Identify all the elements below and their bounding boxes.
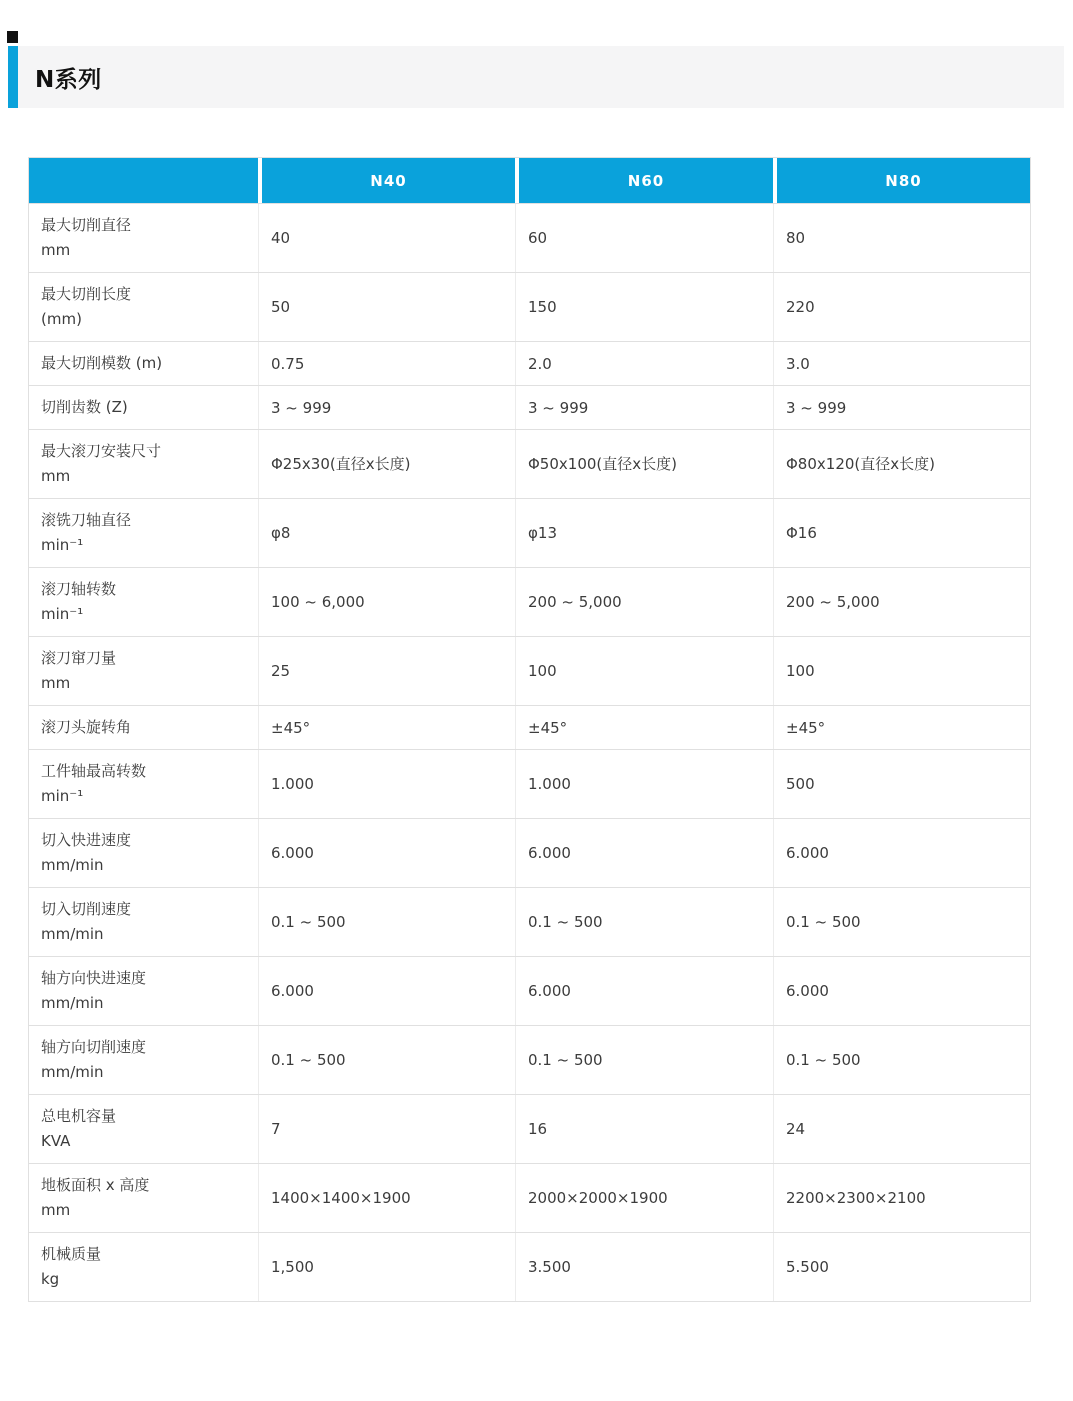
spec-value-cell: 16 [515,1095,773,1163]
spec-value: 2000×2000×1900 [528,1187,765,1209]
table-row: 滚刀轴转数 min⁻¹ 100 ~ 6,000 200 ~ 5,000 200 … [29,567,1030,636]
spec-unit: mm [41,238,250,263]
spec-value: 5.500 [786,1256,1022,1278]
table-row: 滚铣刀轴直径 min⁻¹ φ8 φ13 Φ16 [29,498,1030,567]
spec-label: 最大切削直径 [41,213,250,238]
spec-label-cell: 滚刀窜刀量 mm [29,637,258,705]
spec-value-cell: 100 [515,637,773,705]
spec-value-cell: 0.1 ~ 500 [258,1026,515,1094]
spec-value: 3.500 [528,1256,765,1278]
spec-value-cell: 0.1 ~ 500 [773,888,1030,956]
spec-value: 0.1 ~ 500 [271,911,507,933]
spec-label: 滚刀头旋转角 [41,715,250,740]
spec-value: 220 [786,296,1022,318]
spec-value-cell: ±45° [258,706,515,749]
spec-label-cell: 切入快进速度 mm/min [29,819,258,887]
spec-value: Φ50x100(直径x长度) [528,453,765,475]
spec-unit: mm/min [41,853,250,878]
table-row: 轴方向切削速度 mm/min 0.1 ~ 500 0.1 ~ 500 0.1 ~… [29,1025,1030,1094]
spec-value-cell: 200 ~ 5,000 [515,568,773,636]
spec-label-cell: 最大滚刀安装尺寸 mm [29,430,258,498]
spec-value: 3 ~ 999 [271,397,507,419]
spec-value: 200 ~ 5,000 [528,591,765,613]
spec-label-cell: 轴方向快进速度 mm/min [29,957,258,1025]
spec-value-cell: 1.000 [258,750,515,818]
spec-value: 0.1 ~ 500 [528,1049,765,1071]
spec-value: 0.1 ~ 500 [786,1049,1022,1071]
column-header-n80: N80 [773,158,1030,203]
spec-label-cell: 滚铣刀轴直径 min⁻¹ [29,499,258,567]
spec-label-cell: 切削齿数 (Z) [29,386,258,429]
spec-value-cell: 0.1 ~ 500 [773,1026,1030,1094]
spec-value: 1,500 [271,1256,507,1278]
spec-value: 100 [786,660,1022,682]
table-row: 工件轴最高转数 min⁻¹ 1.000 1.000 500 [29,749,1030,818]
table-row: 切削齿数 (Z) 3 ~ 999 3 ~ 999 3 ~ 999 [29,385,1030,429]
spec-value: 7 [271,1118,507,1140]
spec-value-cell: Φ50x100(直径x长度) [515,430,773,498]
corner-mark [7,31,18,43]
spec-value-cell: 2200×2300×2100 [773,1164,1030,1232]
spec-value: 6.000 [528,842,765,864]
spec-value-cell: 60 [515,204,773,272]
spec-table: N40 N60 N80 最大切削直径 mm 40 60 80 最大切削长度 (m… [28,157,1031,1302]
spec-unit: KVA [41,1129,250,1154]
spec-value-cell: 3.500 [515,1233,773,1301]
spec-value: Φ25x30(直径x长度) [271,453,507,475]
spec-value-cell: 6.000 [773,957,1030,1025]
spec-value: 1400×1400×1900 [271,1187,507,1209]
spec-label: 工件轴最高转数 [41,759,250,784]
spec-value-cell: 100 [773,637,1030,705]
column-header-n60: N60 [515,158,773,203]
spec-unit: mm [41,464,250,489]
spec-value: 80 [786,227,1022,249]
spec-value-cell: ±45° [773,706,1030,749]
spec-value-cell: 6.000 [515,957,773,1025]
spec-value: 0.1 ~ 500 [786,911,1022,933]
spec-value: 100 ~ 6,000 [271,591,507,613]
table-row: 总电机容量 KVA 7 16 24 [29,1094,1030,1163]
spec-value-cell: 6.000 [258,957,515,1025]
spec-label: 滚刀轴转数 [41,577,250,602]
spec-value: 500 [786,773,1022,795]
spec-value-cell: 3 ~ 999 [258,386,515,429]
spec-unit: mm/min [41,991,250,1016]
spec-label-cell: 工件轴最高转数 min⁻¹ [29,750,258,818]
spec-value-cell: ±45° [515,706,773,749]
spec-value: 1.000 [528,773,765,795]
spec-value: 6.000 [786,842,1022,864]
table-header-row: N40 N60 N80 [29,158,1030,203]
spec-value-cell: Φ80x120(直径x长度) [773,430,1030,498]
spec-value-cell: 40 [258,204,515,272]
spec-label: 轴方向快进速度 [41,966,250,991]
spec-value-cell: 500 [773,750,1030,818]
spec-value-cell: 6.000 [773,819,1030,887]
spec-label: 滚铣刀轴直径 [41,508,250,533]
spec-value-cell: 2.0 [515,342,773,385]
spec-value: Φ16 [786,522,1022,544]
spec-label: 最大切削模数 (m) [41,351,250,376]
spec-value: 2.0 [528,353,765,375]
spec-value-cell: 150 [515,273,773,341]
spec-value-cell: 3.0 [773,342,1030,385]
spec-value: 6.000 [786,980,1022,1002]
spec-value-cell: 7 [258,1095,515,1163]
spec-value-cell: 5.500 [773,1233,1030,1301]
title-bar: N系列 [8,46,1064,108]
table-row: 轴方向快进速度 mm/min 6.000 6.000 6.000 [29,956,1030,1025]
spec-value-cell: 50 [258,273,515,341]
spec-value-cell: φ8 [258,499,515,567]
spec-value-cell: 6.000 [258,819,515,887]
spec-value-cell: Φ16 [773,499,1030,567]
spec-unit: min⁻¹ [41,602,250,627]
table-row: 滚刀窜刀量 mm 25 100 100 [29,636,1030,705]
spec-label: 切入切削速度 [41,897,250,922]
spec-label-cell: 最大切削长度 (mm) [29,273,258,341]
spec-label-cell: 最大切削直径 mm [29,204,258,272]
spec-value: 150 [528,296,765,318]
spec-value-cell: 6.000 [515,819,773,887]
spec-value: 0.75 [271,353,507,375]
spec-label: 滚刀窜刀量 [41,646,250,671]
spec-label: 机械质量 [41,1242,250,1267]
accent-bar [8,46,18,108]
spec-value: φ8 [271,522,507,544]
spec-value: ±45° [528,717,765,739]
table-row: 最大切削模数 (m) 0.75 2.0 3.0 [29,341,1030,385]
spec-label: 最大滚刀安装尺寸 [41,439,250,464]
table-row: 地板面积 x 高度 mm 1400×1400×1900 2000×2000×19… [29,1163,1030,1232]
spec-value-cell: 0.75 [258,342,515,385]
spec-value: 50 [271,296,507,318]
spec-value: 24 [786,1118,1022,1140]
table-row: 最大切削长度 (mm) 50 150 220 [29,272,1030,341]
table-row: 滚刀头旋转角 ±45° ±45° ±45° [29,705,1030,749]
column-header-empty [29,158,258,203]
spec-unit: (mm) [41,307,250,332]
spec-label: 切入快进速度 [41,828,250,853]
spec-value: ±45° [271,717,507,739]
table-row: 最大滚刀安装尺寸 mm Φ25x30(直径x长度) Φ50x100(直径x长度)… [29,429,1030,498]
spec-value: Φ80x120(直径x长度) [786,453,1022,475]
spec-value-cell: 200 ~ 5,000 [773,568,1030,636]
spec-value-cell: 80 [773,204,1030,272]
spec-label-cell: 滚刀头旋转角 [29,706,258,749]
spec-value: 0.1 ~ 500 [271,1049,507,1071]
spec-label-cell: 轴方向切削速度 mm/min [29,1026,258,1094]
spec-value-cell: 0.1 ~ 500 [515,1026,773,1094]
table-row: 机械质量 kg 1,500 3.500 5.500 [29,1232,1030,1301]
spec-value-cell: φ13 [515,499,773,567]
spec-value-cell: 24 [773,1095,1030,1163]
spec-value: 6.000 [528,980,765,1002]
spec-label-cell: 机械质量 kg [29,1233,258,1301]
spec-label-cell: 地板面积 x 高度 mm [29,1164,258,1232]
spec-unit: min⁻¹ [41,533,250,558]
spec-value-cell: 0.1 ~ 500 [258,888,515,956]
spec-label-cell: 切入切削速度 mm/min [29,888,258,956]
spec-label-cell: 最大切削模数 (m) [29,342,258,385]
spec-value: ±45° [786,717,1022,739]
spec-value-cell: 3 ~ 999 [773,386,1030,429]
spec-value: 3 ~ 999 [786,397,1022,419]
spec-value-cell: 3 ~ 999 [515,386,773,429]
spec-unit: kg [41,1267,250,1292]
spec-value-cell: 0.1 ~ 500 [515,888,773,956]
spec-value-cell: 1,500 [258,1233,515,1301]
page-title: N系列 [35,46,102,108]
spec-value-cell: 1400×1400×1900 [258,1164,515,1232]
spec-value: 3.0 [786,353,1022,375]
spec-label: 切削齿数 (Z) [41,395,250,420]
table-row: 切入切削速度 mm/min 0.1 ~ 500 0.1 ~ 500 0.1 ~ … [29,887,1030,956]
spec-value-cell: 25 [258,637,515,705]
spec-value: 6.000 [271,980,507,1002]
spec-label: 地板面积 x 高度 [41,1173,250,1198]
spec-label-cell: 总电机容量 KVA [29,1095,258,1163]
spec-value-cell: 100 ~ 6,000 [258,568,515,636]
spec-value: 100 [528,660,765,682]
spec-label-cell: 滚刀轴转数 min⁻¹ [29,568,258,636]
spec-value: 1.000 [271,773,507,795]
spec-value-cell: Φ25x30(直径x长度) [258,430,515,498]
spec-label: 最大切削长度 [41,282,250,307]
spec-value: 40 [271,227,507,249]
spec-unit: mm/min [41,1060,250,1085]
column-header-n40: N40 [258,158,515,203]
spec-value: 16 [528,1118,765,1140]
spec-value-cell: 2000×2000×1900 [515,1164,773,1232]
spec-value: 200 ~ 5,000 [786,591,1022,613]
spec-unit: mm [41,1198,250,1223]
spec-value: φ13 [528,522,765,544]
spec-unit: mm [41,671,250,696]
spec-value: 3 ~ 999 [528,397,765,419]
spec-value: 25 [271,660,507,682]
table-row: 最大切削直径 mm 40 60 80 [29,203,1030,272]
spec-value-cell: 220 [773,273,1030,341]
spec-value: 6.000 [271,842,507,864]
spec-label: 轴方向切削速度 [41,1035,250,1060]
spec-unit: min⁻¹ [41,784,250,809]
spec-label: 总电机容量 [41,1104,250,1129]
spec-unit: mm/min [41,922,250,947]
spec-value: 2200×2300×2100 [786,1187,1022,1209]
spec-value-cell: 1.000 [515,750,773,818]
spec-value: 0.1 ~ 500 [528,911,765,933]
table-row: 切入快进速度 mm/min 6.000 6.000 6.000 [29,818,1030,887]
spec-value: 60 [528,227,765,249]
